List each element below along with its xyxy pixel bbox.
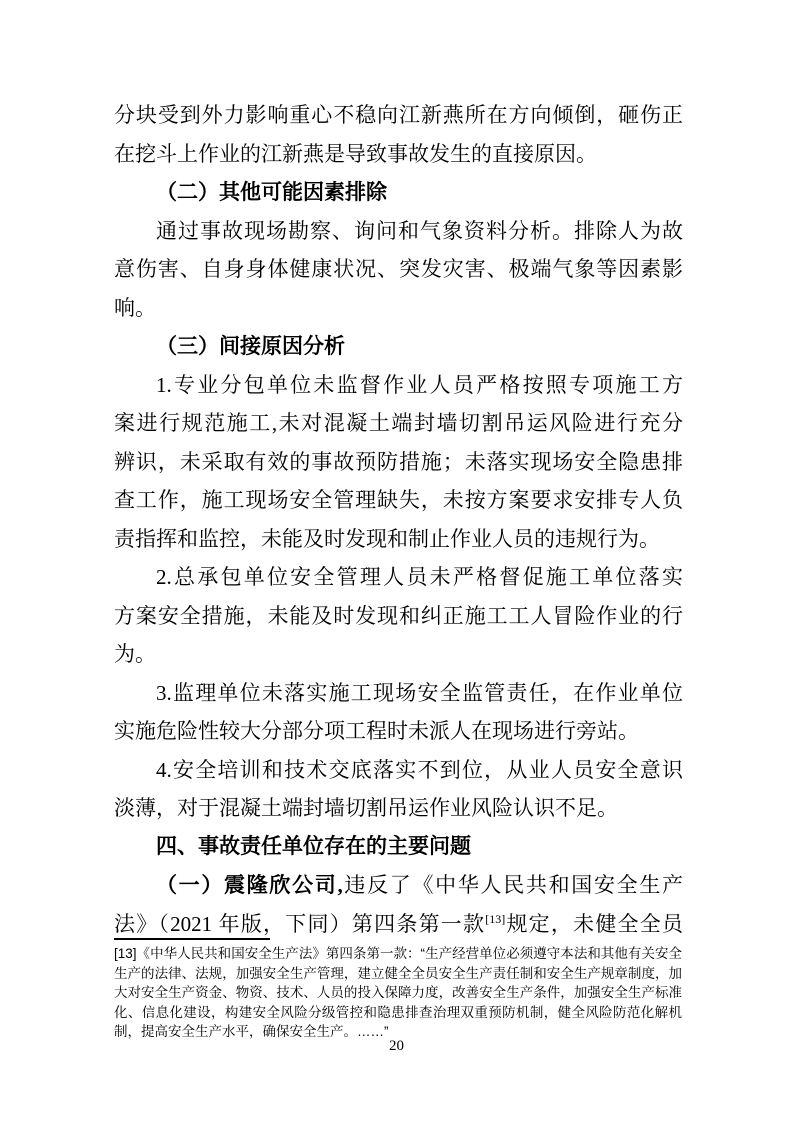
report-body: 分块受到外力影响重心不稳向江新燕所在方向倾倒，砸伤正 在挖斗上作业的江新燕是导致…	[114, 96, 683, 943]
body-text-run: 规定，未健全全员	[505, 912, 683, 936]
paragraph-indirect-1: 1.专业分包单位未监督作业人员严格按照专项施工方 案进行规范施工,未对混凝土端封…	[114, 366, 683, 559]
body-line: 为。	[114, 635, 683, 674]
body-line: 通过事故现场勘察、询问和气象资料分析。排除人为故	[114, 212, 683, 251]
paragraph-indirect-2: 2.总承包单位安全管理人员未严格督促施工单位落实 方案安全措施，未能及时发现和纠…	[114, 558, 683, 674]
body-line: 在挖斗上作业的江新燕是导致事故发生的直接原因。	[114, 135, 683, 174]
paragraph-other-factors: 通过事故现场勘察、询问和气象资料分析。排除人为故 意伤害、自身身体健康状况、突发…	[114, 212, 683, 328]
body-line: 辨识，未采取有效的事故预防措施；未落实现场安全隐患排	[114, 443, 683, 482]
company-name-bold: （一）震隆欣公司,	[156, 873, 343, 897]
body-line: （一）震隆欣公司,违反了《中华人民共和国安全生产	[114, 866, 683, 905]
paragraph-indirect-3: 3.监理单位未落实施工现场安全监管责任，在作业单位 实施危险性较大分部分项工程时…	[114, 674, 683, 751]
continuation-paragraph: 分块受到外力影响重心不稳向江新燕所在方向倾倒，砸伤正 在挖斗上作业的江新燕是导致…	[114, 96, 683, 173]
body-line: 案进行规范施工,未对混凝土端封墙切割吊运风险进行充分	[114, 404, 683, 443]
paragraph-company-violation: （一）震隆欣公司,违反了《中华人民共和国安全生产 法》（2021 年版，下同）第…	[114, 866, 683, 943]
body-line: 方案安全措施，未能及时发现和纠正施工工人冒险作业的行	[114, 597, 683, 636]
section-heading-3: （三）间接原因分析	[114, 327, 683, 366]
body-line: 查工作，施工现场安全管理缺失，未按方案要求安排专人负	[114, 481, 683, 520]
section-heading-4: 四、事故责任单位存在的主要问题	[114, 828, 683, 867]
body-line: 责指挥和监控，未能及时发现和制止作业人员的违规行为。	[114, 520, 683, 559]
document-page: 分块受到外力影响重心不稳向江新燕所在方向倾倒，砸伤正 在挖斗上作业的江新燕是导致…	[0, 0, 793, 1122]
body-line: 意伤害、自身身体健康状况、突发灾害、极端气象等因素影	[114, 250, 683, 289]
section-heading-2: （二）其他可能因素排除	[114, 173, 683, 212]
footnote-separator	[114, 938, 270, 940]
body-line: 1.专业分包单位未监督作业人员严格按照专项施工方	[114, 366, 683, 405]
page-number: 20	[0, 1038, 793, 1055]
body-line: 分块受到外力影响重心不稳向江新燕所在方向倾倒，砸伤正	[114, 96, 683, 135]
body-line: 淡薄，对于混凝土端封墙切割吊运作业风险认识不足。	[114, 789, 683, 828]
body-text-run: 法》（2021 年版，下同）第四条第一款	[114, 912, 485, 936]
footnote-reference: [13]	[485, 912, 505, 926]
body-line: 实施危险性较大分部分项工程时未派人在现场进行旁站。	[114, 712, 683, 751]
body-line: 4.安全培训和技术交底落实不到位，从业人员安全意识	[114, 751, 683, 790]
body-line: 响。	[114, 289, 683, 328]
body-text-run: 违反了《中华人民共和国安全生产	[343, 873, 683, 897]
body-line: 3.监理单位未落实施工现场安全监管责任，在作业单位	[114, 674, 683, 713]
body-line: 2.总承包单位安全管理人员未严格督促施工单位落实	[114, 558, 683, 597]
footnote-text: [13]《中华人民共和国安全生产法》第四条第一款：“生产经营单位必须遵守本法和其…	[114, 944, 682, 1042]
paragraph-indirect-4: 4.安全培训和技术交底落实不到位，从业人员安全意识 淡薄，对于混凝土端封墙切割吊…	[114, 751, 683, 828]
